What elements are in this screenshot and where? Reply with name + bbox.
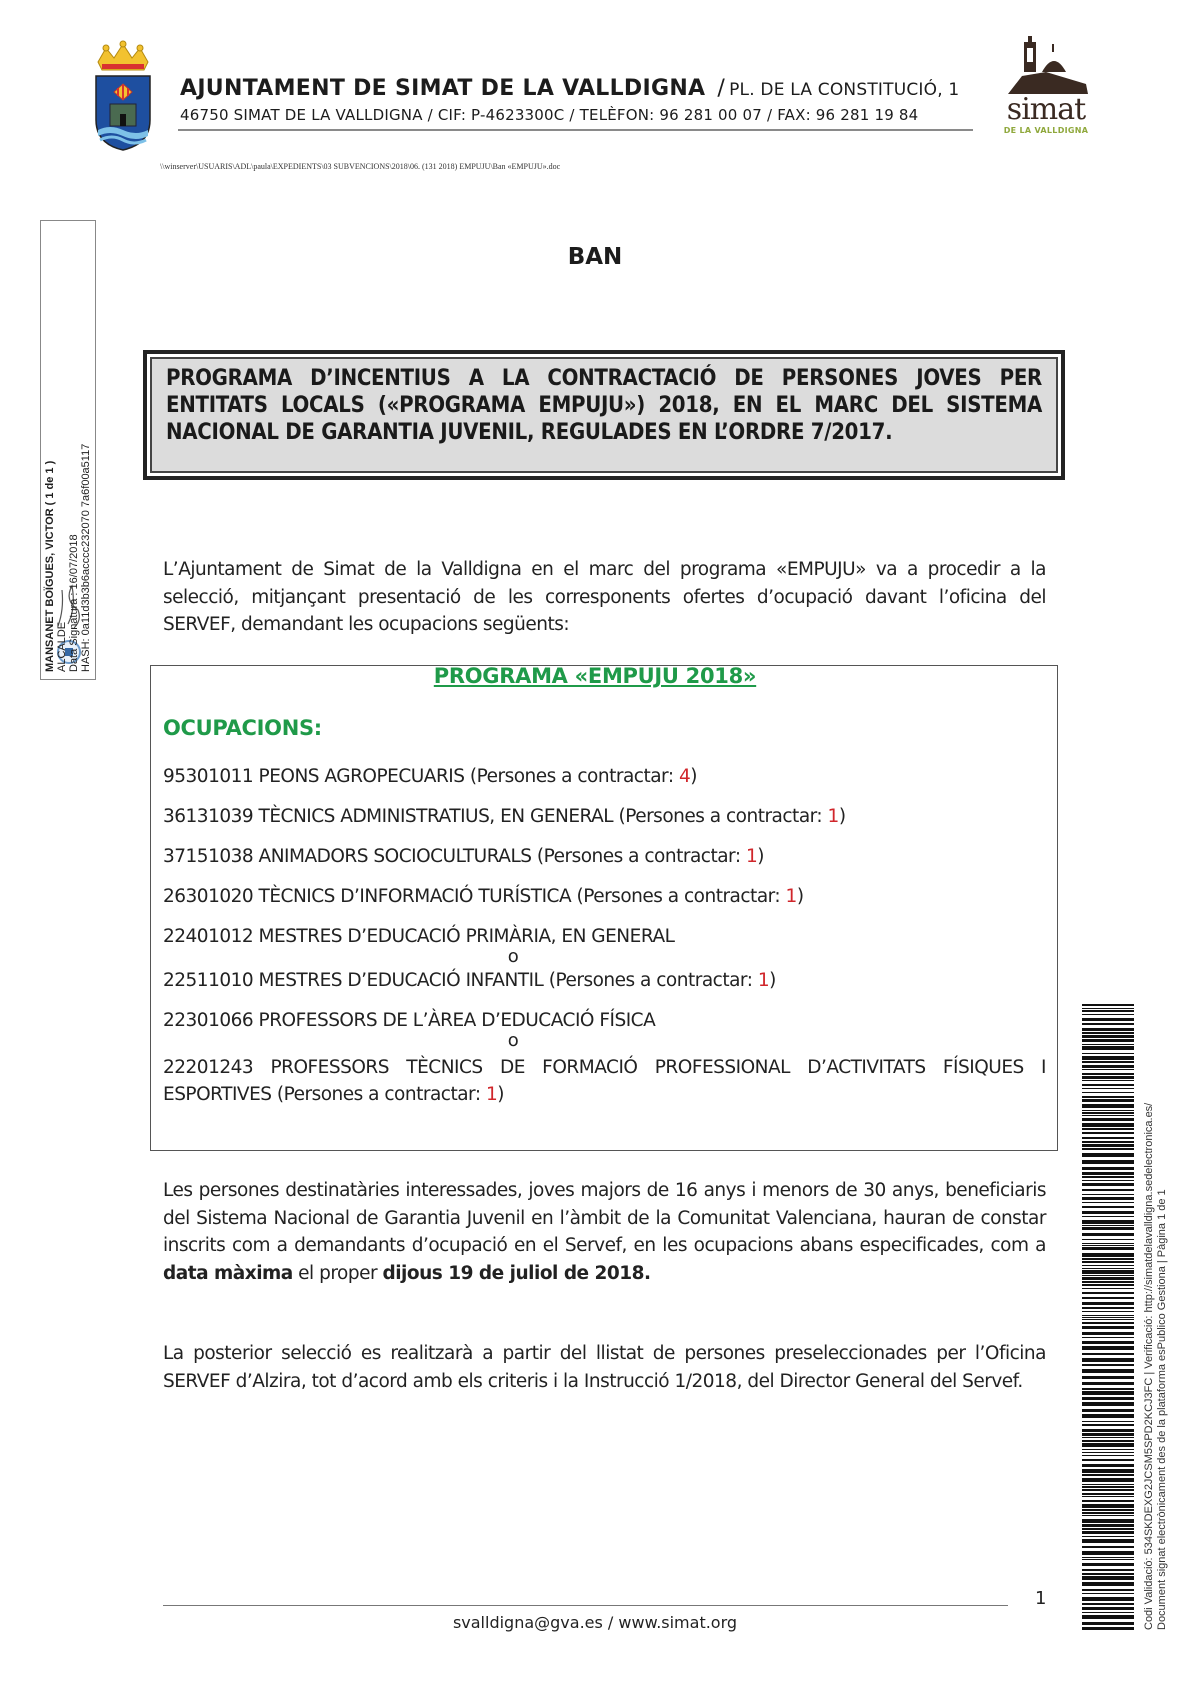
persons-count: 4 bbox=[679, 766, 690, 787]
occupation-text: 26301020 TÈCNICS D’INFORMACIÓ TURÍSTICA … bbox=[163, 886, 786, 907]
occupation-item: 37151038 ANIMADORS SOCIOCULTURALS (Perso… bbox=[163, 846, 1046, 886]
org-name-text: AJUNTAMENT DE SIMAT DE LA VALLDIGNA bbox=[180, 76, 705, 101]
eligibility-text-2: el proper bbox=[293, 1263, 383, 1284]
program-title-text: PROGRAMA D’INCENTIUS A LA CONTRACTACIÓ D… bbox=[166, 365, 1042, 446]
persons-count: 1 bbox=[786, 886, 797, 907]
occupation-text: 36131039 TÈCNICS ADMINISTRATIUS, EN GENE… bbox=[163, 806, 828, 827]
persons-count: 1 bbox=[758, 970, 769, 991]
deadline-date: dijous 19 de juliol de 2018. bbox=[382, 1263, 650, 1284]
footer-contact: svalldigna@gva.es / www.simat.org bbox=[0, 1613, 1190, 1632]
persons-count: 1 bbox=[486, 1084, 497, 1105]
occupation-text: 37151038 ANIMADORS SOCIOCULTURALS (Perso… bbox=[163, 846, 746, 867]
eligibility-paragraph: Les persones destinatàries interessades,… bbox=[163, 1177, 1046, 1287]
deadline-label: data màxima bbox=[163, 1263, 293, 1284]
close-paren: ) bbox=[690, 766, 697, 787]
validation-platform: Document signat electrònicament des de l… bbox=[1156, 1150, 1169, 1630]
selection-paragraph: La posterior selecció es realitzarà a pa… bbox=[163, 1340, 1046, 1395]
validation-info: Codi Validació: 534SKDEXG2JCSM5SPD2KCJ3F… bbox=[1143, 1150, 1169, 1630]
close-paren: ) bbox=[757, 846, 764, 867]
occupation-text: 22201243 PROFESSORS TÈCNICS DE FORMACIÓ … bbox=[163, 1057, 1046, 1105]
signature-hash: HASH: 0a11d3b3b6acccc232070 7a6f00a5117 bbox=[80, 212, 92, 672]
close-paren: ) bbox=[839, 806, 846, 827]
close-paren: ) bbox=[797, 886, 804, 907]
document-file-path: \\winserver\USUARIS\ADL\paula\EXPEDIENTS… bbox=[160, 162, 560, 171]
footer-divider bbox=[163, 1605, 1008, 1606]
occupation-item: 22201243 PROFESSORS TÈCNICS DE FORMACIÓ … bbox=[163, 1054, 1046, 1110]
intro-paragraph: L’Ajuntament de Simat de la Valldigna en… bbox=[163, 556, 1046, 639]
occupation-item: 22511010 MESTRES D’EDUCACIÓ INFANTIL (Pe… bbox=[163, 970, 1046, 1010]
program-title-box: PROGRAMA D’INCENTIUS A LA CONTRACTACIÓ D… bbox=[143, 350, 1065, 480]
organization-name: AJUNTAMENT DE SIMAT DE LA VALLDIGNA/PL. … bbox=[180, 76, 959, 101]
org-contact-line: 46750 SIMAT DE LA VALLDIGNA / CIF: P-462… bbox=[180, 106, 918, 124]
separator: / bbox=[717, 76, 725, 101]
occupation-text: 22401012 MESTRES D’EDUCACIÓ PRIMÀRIA, EN… bbox=[163, 926, 674, 947]
occupation-text: 22511010 MESTRES D’EDUCACIÓ INFANTIL (Pe… bbox=[163, 970, 758, 991]
close-paren: ) bbox=[497, 1084, 504, 1105]
document-heading: BAN bbox=[0, 244, 1190, 270]
close-paren: ) bbox=[769, 970, 776, 991]
header-divider bbox=[178, 129, 973, 131]
occupation-text: 95301011 PEONS AGROPECUARIS (Persones a … bbox=[163, 766, 679, 787]
municipal-crest-logo bbox=[92, 40, 154, 152]
occupations-label: OCUPACIONS: bbox=[163, 716, 322, 740]
program-subtitle: PROGRAMA «EMPUJU 2018» bbox=[0, 664, 1190, 688]
page-number: 1 bbox=[1035, 1588, 1046, 1609]
occupation-text: 22301066 PROFESSORS DE L’ÀREA D’EDUCACIÓ… bbox=[163, 1010, 655, 1031]
or-separator: o bbox=[163, 950, 863, 970]
occupation-item: 95301011 PEONS AGROPECUARIS (Persones a … bbox=[163, 766, 1046, 806]
logo-subtitle: DE LA VALLDIGNA bbox=[1000, 126, 1092, 135]
occupation-item: 26301020 TÈCNICS D’INFORMACIÓ TURÍSTICA … bbox=[163, 886, 1046, 926]
logo-wordmark: simat bbox=[1000, 92, 1092, 127]
program-title-inner: PROGRAMA D’INCENTIUS A LA CONTRACTACIÓ D… bbox=[150, 357, 1058, 473]
validation-code: Codi Validació: 534SKDEXG2JCSM5SPD2KCJ3F… bbox=[1143, 1150, 1156, 1630]
org-address: PL. DE LA CONSTITUCIÓ, 1 bbox=[729, 80, 959, 100]
signature-date: Data Signatura : 16/07/2018 bbox=[68, 212, 80, 672]
signature-info: MANSANET BOÏGUES, VICTOR ( 1 de 1 ) ALCA… bbox=[44, 212, 92, 672]
validation-barcode bbox=[1082, 1004, 1134, 1632]
persons-count: 1 bbox=[828, 806, 839, 827]
or-separator: o bbox=[163, 1034, 863, 1054]
occupations-list: 95301011 PEONS AGROPECUARIS (Persones a … bbox=[163, 766, 1046, 1110]
signer-role: ALCALDE bbox=[56, 212, 68, 672]
eligibility-text: Les persones destinatàries interessades,… bbox=[163, 1180, 1046, 1256]
persons-count: 1 bbox=[746, 846, 757, 867]
occupation-item: 36131039 TÈCNICS ADMINISTRATIUS, EN GENE… bbox=[163, 806, 1046, 846]
signer-name: MANSANET BOÏGUES, VICTOR ( 1 de 1 ) bbox=[44, 212, 56, 672]
